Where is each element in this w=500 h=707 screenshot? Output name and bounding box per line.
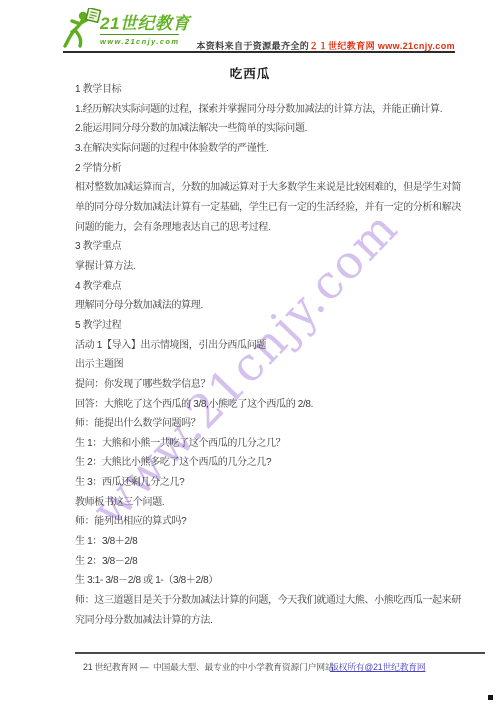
document-line: 提问：你发现了哪些数学信息？ [75,375,475,395]
document-line: 生 2：大熊比小熊多吃了这个西瓜的几分之几? [75,453,475,473]
document-line: 掌握计算方法. [75,257,475,277]
document-line: 单的同分母分数加减法计算有一定基础，学生已有一定的生活经验，并有一定的分析和解决 [75,198,475,218]
document-line: 1.经历解决实际问题的过程，探索并掌握同分母分数加减法的计算方法，并能正确计算. [75,100,475,120]
document-line: 生 3:1- 3/8－2/8 或 1-（3/8＋2/8） [75,571,475,591]
logo-brand-name: 21世纪教育 [100,14,190,33]
page-corner-artifact [488,695,493,700]
document-line: 回答：大熊吃了这个西瓜的 3/8,小熊吃了这个西瓜的 2/8. [75,395,475,415]
document-line: 出示主题图 [75,355,475,375]
footer-divider [75,652,485,654]
document-body: 1 教学目标 1.经历解决实际问题的过程，探索并掌握同分母分数加减法的计算方法，… [75,80,475,630]
document-line: 师：能提出什么数学问题吗？ [75,414,475,434]
document-line: 师：这三道题目是关于分数加减法计算的问题，今天我们就通过大熊、小熊吃西瓜一起来研 [75,591,475,611]
tagline-prefix: 本资料来自于资源最齐全的 [196,41,309,51]
header-divider [63,51,455,53]
document-line: 5 教学过程 [75,316,475,336]
document-line: 4 教学难点 [75,277,475,297]
document-line: 3 教学重点 [75,237,475,257]
document-line: 生 2：3/8－2/8 [75,552,475,572]
document-page: 21世纪教育 www.21cnjy.com 本资料来自于资源最齐全的２１世纪教育… [0,0,500,707]
document-line: 活动 1【导入】出示情境图，引出分西瓜问题 [75,336,475,356]
document-line: 生 1：大熊和小熊一共吃了这个西瓜的几分之几？ [75,434,475,454]
site-logo[interactable]: 21世纪教育 www.21cnjy.com [62,6,202,52]
logo-text: 21世纪教育 www.21cnjy.com [100,14,190,46]
logo-site-url: www.21cnjy.com [100,34,179,46]
document-line: 问题的能力，会有条理地表达自己的思考过程. [75,218,475,238]
footer-site-description: 21 世纪教育网 — 中国最大型、最专业的中小学教育资源门户网站. [83,660,336,673]
document-line: 相对整数加减运算而言，分数的加减运算对于大多数学生来说是比较困难的，但是学生对简 [75,178,475,198]
document-line: 师：能列出相应的算式吗? [75,512,475,532]
footer-copyright-link[interactable]: 版权所有@21世纪教育网 [330,660,426,673]
document-line: 生 1：3/8＋2/8 [75,532,475,552]
tagline-site-link[interactable]: ２１世纪教育网 www.21cnjy.com [309,41,455,51]
document-line: 生 3：西瓜还剩几分之几? [75,473,475,493]
document-line: 教师板书这三个问题. [75,493,475,513]
document-line: 1 教学目标 [75,80,475,100]
document-line: 2.能运用同分母分数的加减法解决一些简单的实际问题. [75,119,475,139]
document-line: 2 学情分析 [75,159,475,179]
document-line: 究同分母分数加减法计算的方法. [75,611,475,631]
document-line: 理解同分母分数加减法的算理. [75,296,475,316]
runner-with-book-icon [62,8,102,52]
document-line: 3.在解决实际问题的过程中体验数学的严谨性. [75,139,475,159]
